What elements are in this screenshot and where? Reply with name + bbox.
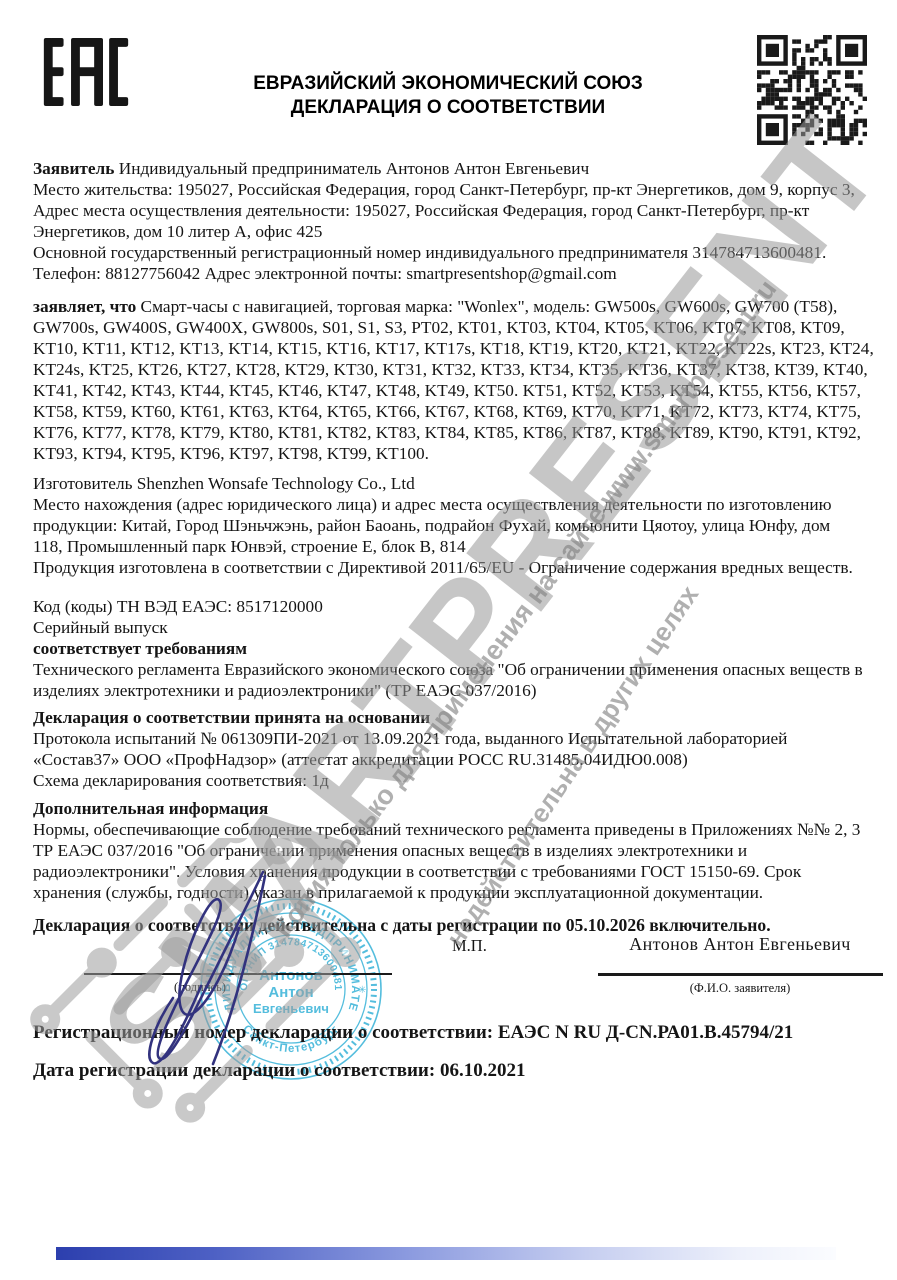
- doc-line: Протокола испытаний № 061309ПИ-2021 от 1…: [33, 728, 875, 749]
- declaration-document: ЕВРАЗИЙСКИЙ ЭКОНОМИЧЕСКИЙ СОЮЗ ДЕКЛАРАЦИ…: [0, 0, 897, 1280]
- eac-logo-icon: [40, 38, 132, 106]
- doc-line: Место жительства: 195027, Российская Фед…: [33, 179, 875, 200]
- doc-line: Адрес места осуществления деятельности: …: [33, 200, 875, 221]
- doc-line: KT58, KT59, KT60, KT61, KT63, KT64, KT65…: [33, 401, 875, 422]
- doc-line: KT93, KT94, KT95, KT96, KT97, KT98, KT99…: [33, 443, 875, 464]
- doc-line: заявляет, что Смарт-часы с навигацией, т…: [33, 296, 875, 317]
- doc-line: Дополнительная информация: [33, 798, 875, 819]
- title-line-2: ДЕКЛАРАЦИЯ О СООТВЕТСТВИИ: [148, 96, 748, 120]
- doc-line: 118, Промышленный парк Юнвэй, строение Е…: [33, 536, 875, 557]
- stamp-place-label: М.П.: [452, 936, 487, 956]
- document-title: ЕВРАЗИЙСКИЙ ЭКОНОМИЧЕСКИЙ СОЮЗ ДЕКЛАРАЦИ…: [148, 72, 748, 119]
- doc-line: Продукция изготовлена в соответствии с Д…: [33, 557, 875, 578]
- doc-line: Код (коды) ТН ВЭД ЕАЭС: 8517120000: [33, 596, 875, 617]
- section-declares: заявляет, что Смарт-часы с навигацией, т…: [33, 296, 875, 464]
- fio-caption: (Ф.И.О. заявителя): [590, 981, 890, 996]
- doc-line: KT76, KT77, KT78, KT79, KT80, KT81, KT82…: [33, 422, 875, 443]
- section-basis: Декларация о соответствии принята на осн…: [33, 707, 875, 791]
- section-code: Код (коды) ТН ВЭД ЕАЭС: 8517120000Серийн…: [33, 596, 875, 701]
- doc-line: Место нахождения (адрес юридического лиц…: [33, 494, 875, 515]
- qr-code-icon: [757, 35, 867, 145]
- doc-line: соответствует требованиям: [33, 638, 875, 659]
- doc-line: продукции: Китай, Город Шэньчжэнь, район…: [33, 515, 875, 536]
- section-manufacturer: Изготовитель Shenzhen Wonsafe Technology…: [33, 473, 875, 578]
- doc-line: Энергетиков, дом 10 литер А, офис 425: [33, 221, 875, 242]
- footer-accent-bar: [56, 1247, 836, 1260]
- doc-line: KT41, KT42, KT43, KT44, KT45, KT46, KT47…: [33, 380, 875, 401]
- fio-line: [598, 973, 883, 976]
- doc-line: Технического регламента Евразийского эко…: [33, 659, 875, 680]
- doc-line: Заявитель Индивидуальный предприниматель…: [33, 158, 875, 179]
- signature-scribble: [115, 866, 310, 1078]
- doc-line: Основной государственный регистрационный…: [33, 242, 875, 263]
- section-applicant: Заявитель Индивидуальный предприниматель…: [33, 158, 875, 284]
- doc-line: Серийный выпуск: [33, 617, 875, 638]
- doc-line: изделиях электротехники и радиоэлектрони…: [33, 680, 875, 701]
- doc-line: Схема декларирования соответствия: 1д: [33, 770, 875, 791]
- title-line-1: ЕВРАЗИЙСКИЙ ЭКОНОМИЧЕСКИЙ СОЮЗ: [148, 72, 748, 96]
- applicant-fio: Антонов Антон Евгеньевич: [590, 934, 890, 955]
- stamp-star: ✳: [358, 985, 366, 996]
- doc-line: Декларация о соответствии принята на осн…: [33, 707, 875, 728]
- doc-line: Телефон: 88127756042 Адрес электронной п…: [33, 263, 875, 284]
- doc-line: Нормы, обеспечивающие соблюдение требова…: [33, 819, 875, 840]
- doc-line: «Состав37» ООО «ПрофНадзор» (аттестат ак…: [33, 749, 875, 770]
- doc-line: Изготовитель Shenzhen Wonsafe Technology…: [33, 473, 875, 494]
- document-body: Заявитель Индивидуальный предприниматель…: [33, 158, 875, 903]
- doc-line: KT24s, KT25, KT26, KT27, KT28, KT29, KT3…: [33, 359, 875, 380]
- doc-line: ТР ЕАЭС 037/2016 "Об ограничении примене…: [33, 840, 875, 861]
- doc-line: GW700s, GW400S, GW400X, GW800s, S01, S1,…: [33, 317, 875, 338]
- doc-line: KT10, KT11, KT12, KT13, KT14, KT15, KT16…: [33, 338, 875, 359]
